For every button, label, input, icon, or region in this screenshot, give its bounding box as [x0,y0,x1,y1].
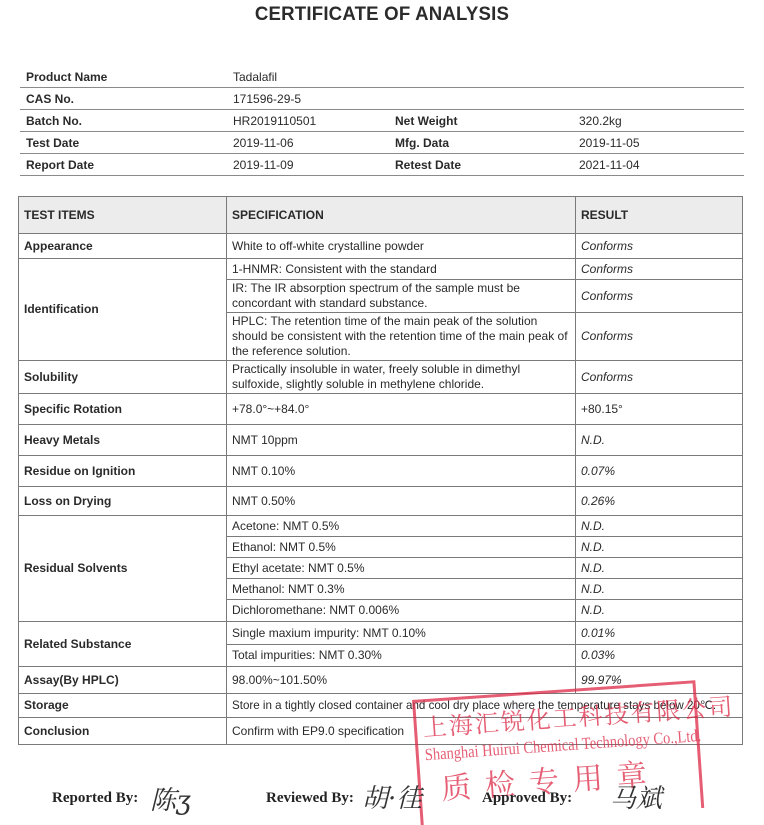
approved-by-label: Approved By: [482,790,572,807]
net-weight-label: Net Weight [389,110,573,132]
specification: Practically insoluble in water, freely s… [227,361,576,394]
specification: Ethanol: NMT 0.5% [227,537,576,558]
reviewed-by-label: Reviewed By: [266,790,354,807]
result: Conforms [576,280,743,313]
test-item: Residual Solvents [19,516,227,622]
table-row: Specific Rotation +78.0°~+84.0° +80.15° [19,394,743,425]
result: Conforms [576,361,743,394]
document-title: CERTIFICATE OF ANALYSIS [8,4,757,26]
product-info-table: Product Name Tadalafil CAS No. 171596-29… [20,66,744,176]
result: Conforms [576,259,743,280]
test-item: Heavy Metals [19,425,227,456]
test-item: Conclusion [19,718,227,745]
result: N.D. [576,516,743,537]
report-date-value: 2019-11-09 [227,154,389,176]
test-item: Assay(By HPLC) [19,667,227,694]
test-item: Loss on Drying [19,487,227,516]
header-test-items: TEST ITEMS [19,197,227,234]
specification: 98.00%~101.50% [227,667,576,694]
mfg-label: Mfg. Data [389,132,573,154]
specification: IR: The IR absorption spectrum of the sa… [227,280,576,313]
batch-label: Batch No. [20,110,227,132]
specification: Acetone: NMT 0.5% [227,516,576,537]
result: 0.01% [576,622,743,645]
report-date-label: Report Date [20,154,227,176]
test-item: Solubility [19,361,227,394]
table-row: Solubility Practically insoluble in wate… [19,361,743,394]
table-row: Heavy Metals NMT 10ppm N.D. [19,425,743,456]
mfg-value: 2019-11-05 [573,132,744,154]
result: 0.07% [576,456,743,487]
test-item: Specific Rotation [19,394,227,425]
specification: White to off-white crystalline powder [227,234,576,259]
test-item: Storage [19,694,227,718]
net-weight-value: 320.2kg [573,110,744,132]
specification: Ethyl acetate: NMT 0.5% [227,558,576,579]
specification: +78.0°~+84.0° [227,394,576,425]
table-row: Related Substance Single maxium impurity… [19,622,743,645]
table-row: Residual Solvents Acetone: NMT 0.5% N.D. [19,516,743,537]
test-date-value: 2019-11-06 [227,132,389,154]
cas-value: 171596-29-5 [227,88,744,110]
table-header-row: TEST ITEMS SPECIFICATION RESULT [19,197,743,234]
result: N.D. [576,558,743,579]
result: N.D. [576,579,743,600]
product-name-value: Tadalafil [227,66,744,88]
analysis-table: TEST ITEMS SPECIFICATION RESULT Appearan… [18,196,743,745]
specification: Total impurities: NMT 0.30% [227,645,576,667]
header-specification: SPECIFICATION [227,197,576,234]
table-row: Loss on Drying NMT 0.50% 0.26% [19,487,743,516]
result: N.D. [576,537,743,558]
specification: NMT 0.10% [227,456,576,487]
specification: Dichloromethane: NMT 0.006% [227,600,576,622]
retest-value: 2021-11-04 [573,154,744,176]
result: 0.26% [576,487,743,516]
specification: NMT 0.50% [227,487,576,516]
approved-by-signature: 马斌 [610,778,662,815]
result: N.D. [576,600,743,622]
table-row: Residue on Ignition NMT 0.10% 0.07% [19,456,743,487]
test-item: Appearance [19,234,227,259]
test-date-label: Test Date [20,132,227,154]
test-item: Identification [19,259,227,361]
header-result: RESULT [576,197,743,234]
table-row: Identification 1-HNMR: Consistent with t… [19,259,743,280]
table-row: Appearance White to off-white crystallin… [19,234,743,259]
test-item: Related Substance [19,622,227,667]
specification: Methanol: NMT 0.3% [227,579,576,600]
test-item: Residue on Ignition [19,456,227,487]
result: Conforms [576,234,743,259]
specification: HPLC: The retention time of the main pea… [227,313,576,361]
cas-label: CAS No. [20,88,227,110]
result: Conforms [576,313,743,361]
batch-value: HR2019110501 [227,110,389,132]
reported-by-label: Reported By: [52,790,138,807]
reviewed-by-signature: 胡·徍 [362,778,422,815]
specification: Single maxium impurity: NMT 0.10% [227,622,576,645]
result: +80.15° [576,394,743,425]
product-name-label: Product Name [20,66,227,88]
retest-label: Retest Date [389,154,573,176]
specification: NMT 10ppm [227,425,576,456]
specification: 1-HNMR: Consistent with the standard [227,259,576,280]
result: N.D. [576,425,743,456]
result: 0.03% [576,645,743,667]
reported-by-signature: 陈ʒ [150,780,191,817]
